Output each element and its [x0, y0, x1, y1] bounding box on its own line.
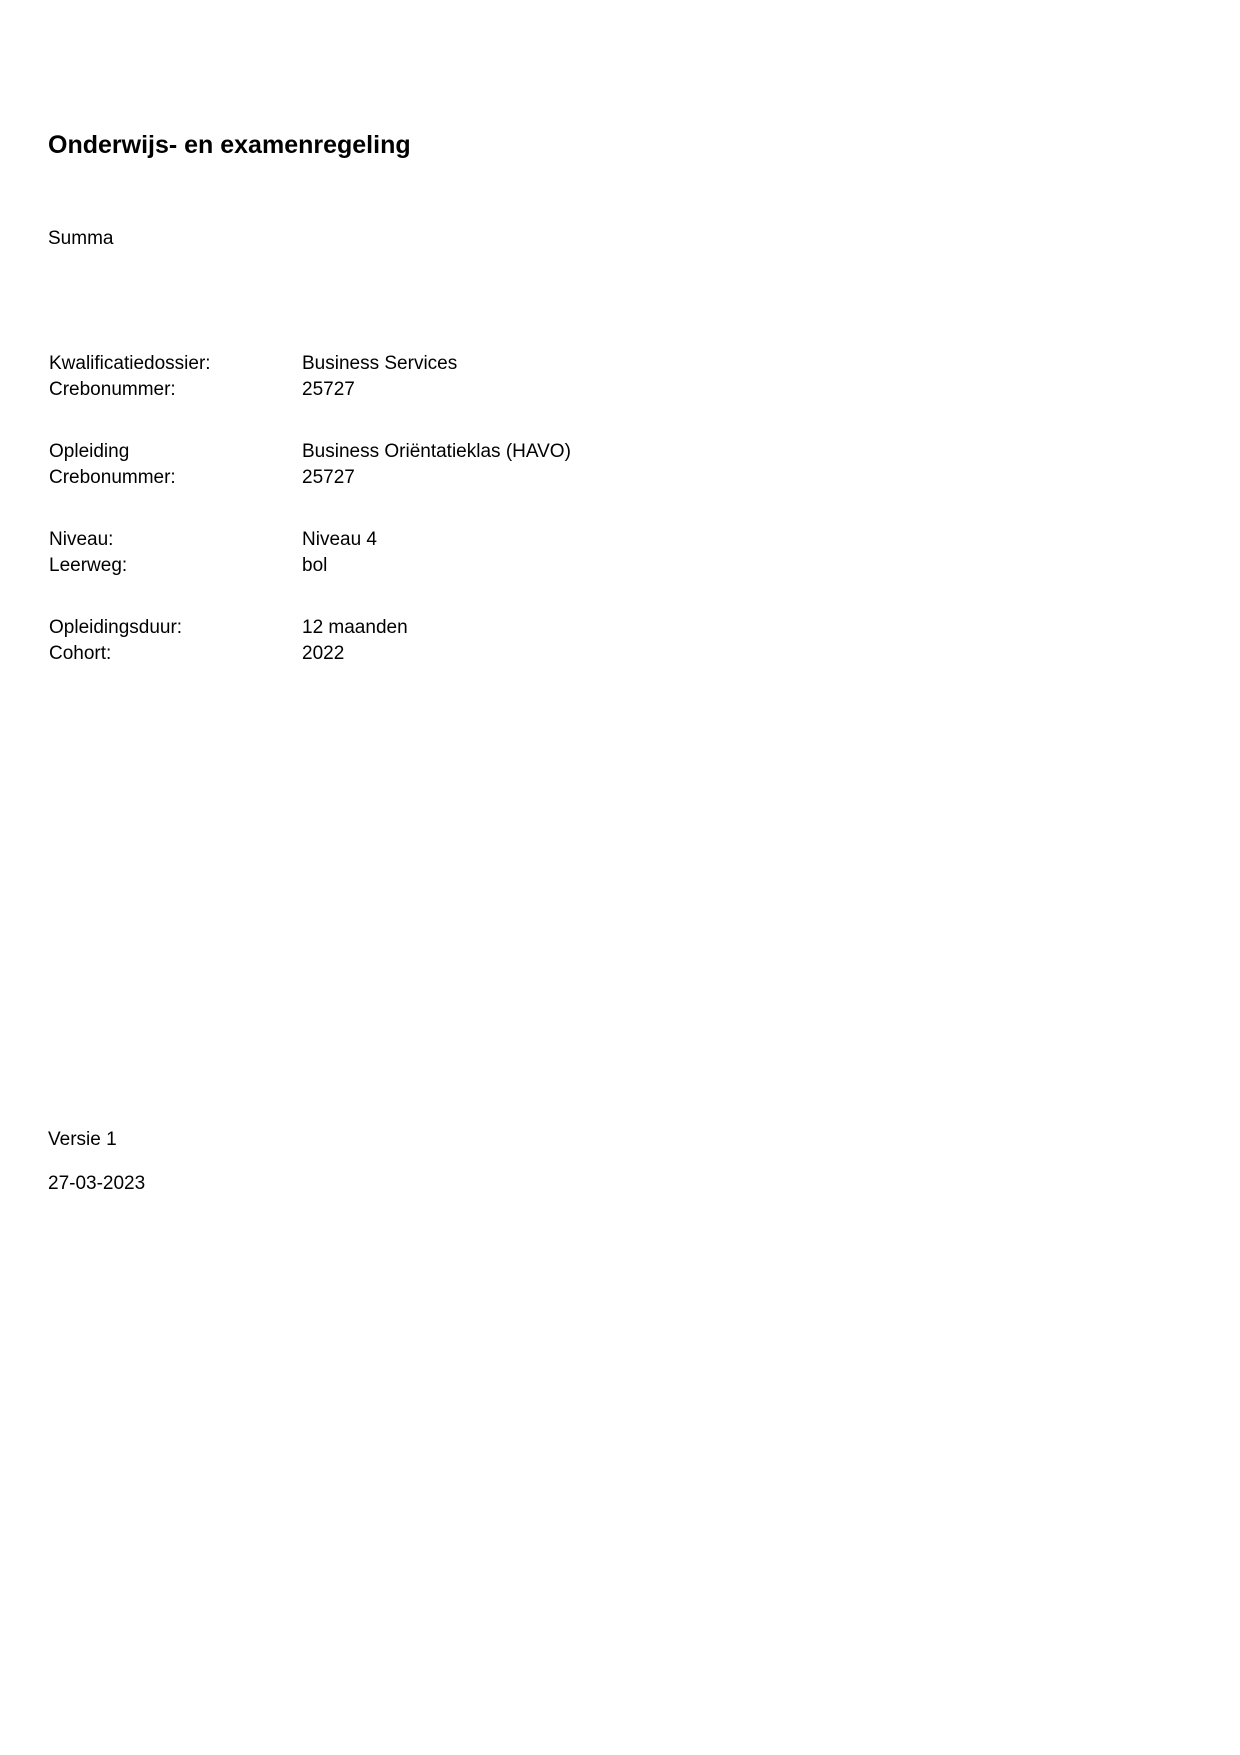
meta-label: Crebonummer: [49, 465, 302, 491]
meta-label: Opleiding [49, 439, 302, 465]
meta-value: 25727 [302, 377, 355, 403]
meta-label: Leerweg: [49, 553, 302, 579]
document-date: 27-03-2023 [48, 1172, 145, 1196]
meta-value: 25727 [302, 465, 355, 491]
meta-group-qualification: Kwalificatiedossier: Business Services C… [49, 351, 571, 403]
meta-row: Leerweg: bol [49, 553, 571, 579]
document-title: Onderwijs- en examenregeling [48, 130, 411, 160]
meta-value: 2022 [302, 641, 344, 667]
meta-row: Opleidingsduur: 12 maanden [49, 615, 571, 641]
meta-value: Niveau 4 [302, 527, 377, 553]
meta-row: Crebonummer: 25727 [49, 465, 571, 491]
meta-value: Business Oriëntatieklas (HAVO) [302, 439, 571, 465]
meta-group-programme: Opleiding Business Oriëntatieklas (HAVO)… [49, 439, 571, 491]
meta-value: bol [302, 553, 327, 579]
meta-label: Cohort: [49, 641, 302, 667]
meta-row: Crebonummer: 25727 [49, 377, 571, 403]
meta-group-level: Niveau: Niveau 4 Leerweg: bol [49, 527, 571, 579]
meta-label: Kwalificatiedossier: [49, 351, 302, 377]
meta-row: Opleiding Business Oriëntatieklas (HAVO) [49, 439, 571, 465]
meta-label: Niveau: [49, 527, 302, 553]
meta-value: Business Services [302, 351, 457, 377]
meta-row: Kwalificatiedossier: Business Services [49, 351, 571, 377]
version-label: Versie 1 [48, 1128, 117, 1152]
metadata-block: Kwalificatiedossier: Business Services C… [49, 351, 571, 703]
meta-group-duration: Opleidingsduur: 12 maanden Cohort: 2022 [49, 615, 571, 667]
meta-row: Cohort: 2022 [49, 641, 571, 667]
meta-value: 12 maanden [302, 615, 408, 641]
meta-row: Niveau: Niveau 4 [49, 527, 571, 553]
institution-name: Summa [48, 227, 113, 251]
meta-label: Crebonummer: [49, 377, 302, 403]
meta-label: Opleidingsduur: [49, 615, 302, 641]
